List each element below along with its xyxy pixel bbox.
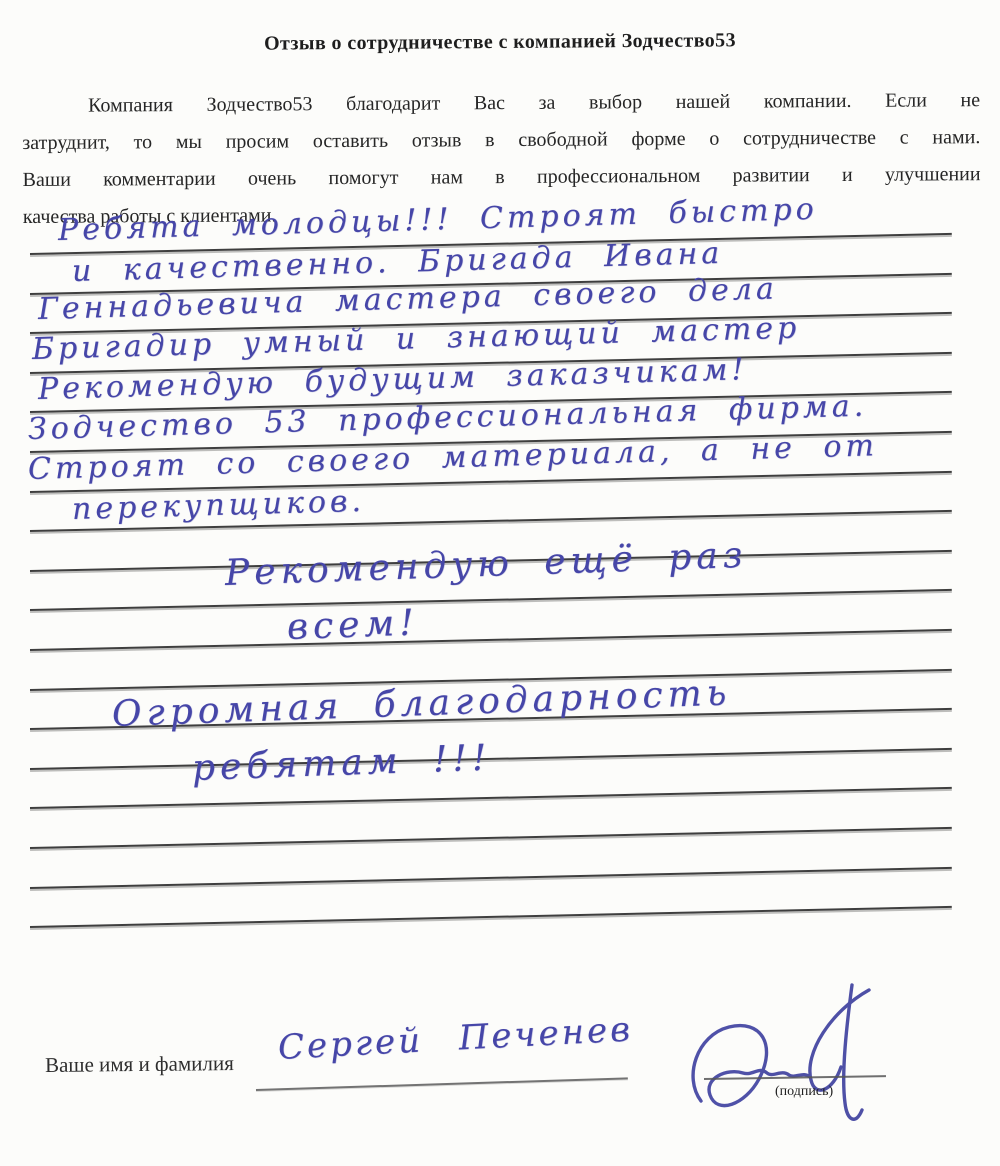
ruled-line bbox=[30, 589, 952, 611]
handwritten-line: всем! bbox=[286, 602, 419, 648]
name-underline bbox=[256, 1077, 628, 1091]
ruled-line bbox=[30, 787, 952, 809]
intro-line: Ваши комментарии очень помогут нам в про… bbox=[22, 156, 980, 199]
handwritten-line: перекупщиков. bbox=[72, 484, 366, 527]
ruled-line bbox=[30, 866, 952, 888]
intro-line: Компания Зодчество53 благодарит Вас за в… bbox=[22, 82, 980, 125]
signature-icon bbox=[655, 983, 895, 1133]
intro-line: затруднит, то мы просим оставить отзыв в… bbox=[22, 119, 980, 162]
page-title: Отзыв о сотрудничестве с компанией Зодче… bbox=[0, 28, 1000, 58]
handwritten-line: Рекомендую ещё раз bbox=[224, 535, 748, 594]
ruled-line bbox=[30, 906, 952, 928]
ruled-line bbox=[30, 629, 952, 651]
signature-caption: (подпись) bbox=[775, 1084, 833, 1100]
scanned-review-form: Отзыв о сотрудничестве с компанией Зодче… bbox=[0, 0, 1000, 1166]
name-field-label: Ваше имя и фамилия bbox=[45, 1051, 234, 1078]
handwritten-line: ребятам !!! bbox=[191, 738, 492, 789]
ruled-line bbox=[30, 827, 952, 849]
handwritten-name: Сергей Печенев bbox=[277, 1009, 634, 1068]
